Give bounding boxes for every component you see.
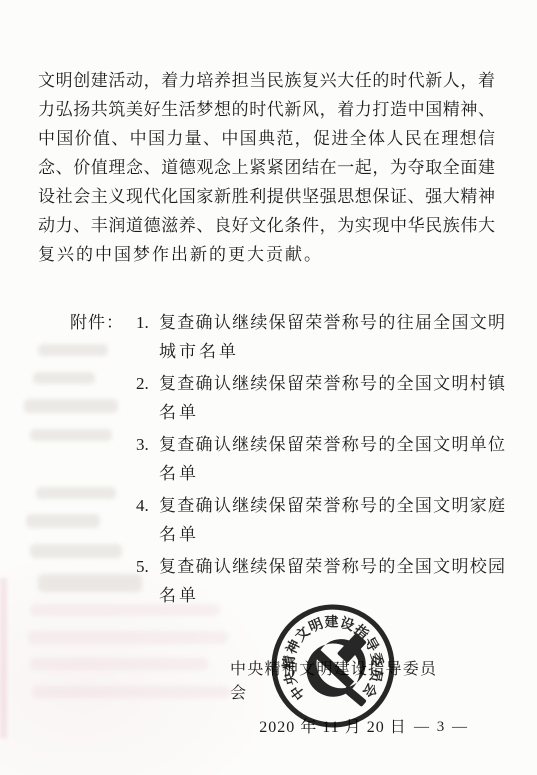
attachment-number: 3.	[136, 430, 159, 488]
svg-text:委: 委	[368, 651, 386, 667]
body-paragraph: 文明创建活动，着力培养担当民族复兴大任的时代新人，着 力弘扬共筑美好生活梦想的时…	[38, 66, 495, 269]
body-line: 设社会主义现代化国家新胜利提供坚强思想保证、强大精神	[38, 182, 495, 211]
attachment-item: 3. 复查确认继续保留荣誉称号的全国文明单位 名单	[136, 430, 505, 488]
document-page: 文明创建活动，着力培养担当民族复兴大任的时代新人，着 力弘扬共筑美好生活梦想的时…	[0, 0, 537, 775]
svg-text:央: 央	[281, 669, 299, 687]
attachments-list: 1. 复查确认继续保留荣誉称号的往届全国文明 城市名单 2. 复查确认继续保留荣…	[136, 308, 505, 613]
body-line: 文明创建活动，着力培养担当民族复兴大任的时代新人，着	[38, 66, 495, 95]
bleedthrough-mark	[30, 658, 208, 670]
attachments-section: 附件： 1. 复查确认继续保留荣誉称号的往届全国文明 城市名单 2. 复查确认继…	[70, 308, 498, 613]
attachment-line: 复查确认继续保留荣誉称号的全国文明村镇	[159, 369, 505, 398]
hammer-and-sickle-icon	[305, 632, 369, 709]
svg-text:精: 精	[280, 655, 297, 670]
official-seal-svg: 中央精神文明建设指导委员会	[248, 581, 418, 751]
official-seal: 中央精神文明建设指导委员会	[248, 581, 418, 751]
svg-text:建: 建	[324, 613, 339, 629]
attachment-number: 5.	[136, 552, 159, 610]
page-number: — 3 —	[414, 719, 469, 736]
attachment-item: 4. 复查确认继续保留荣誉称号的全国文明家庭 名单	[136, 491, 505, 549]
body-line: 力弘扬共筑美好生活梦想的时代新风，着力打造中国精神、	[38, 95, 495, 124]
attachment-item: 2. 复查确认继续保留荣誉称号的全国文明村镇 名单	[136, 369, 505, 427]
attachment-number: 4.	[136, 491, 159, 549]
attachment-line: 复查确认继续保留荣誉称号的全国文明单位	[159, 430, 505, 459]
attachment-line: 名单	[159, 520, 505, 549]
attachment-line: 名单	[159, 398, 505, 427]
attachment-line: 城市名单	[159, 337, 505, 366]
attachment-number: 1.	[136, 308, 159, 366]
bleedthrough-mark	[28, 631, 228, 644]
bleedthrough-mark	[32, 686, 230, 698]
attachment-number: 2.	[136, 369, 159, 427]
attachment-item: 1. 复查确认继续保留荣誉称号的往届全国文明 城市名单	[136, 308, 505, 366]
attachment-line: 复查确认继续保留荣誉称号的全国文明家庭	[159, 491, 505, 520]
attachment-line: 复查确认继续保留荣誉称号的往届全国文明	[159, 308, 505, 337]
body-line: 中国价值、中国力量、中国典范，促进全体人民在理想信	[38, 124, 495, 153]
attachment-line: 复查确认继续保留荣誉称号的全国文明校园	[159, 552, 505, 581]
body-line: 念、价值理念、道德观念上紧紧团结在一起，为夺取全面建	[38, 153, 495, 182]
left-edge-scan-band	[0, 578, 7, 738]
body-line: 复兴的中国梦作出新的更大贡献。	[38, 240, 495, 269]
attachments-label: 附件：	[70, 308, 136, 337]
body-line: 动力、丰润道德滋养、良好文化条件，为实现中华民族伟大	[38, 211, 495, 240]
attachment-line: 名单	[159, 459, 505, 488]
